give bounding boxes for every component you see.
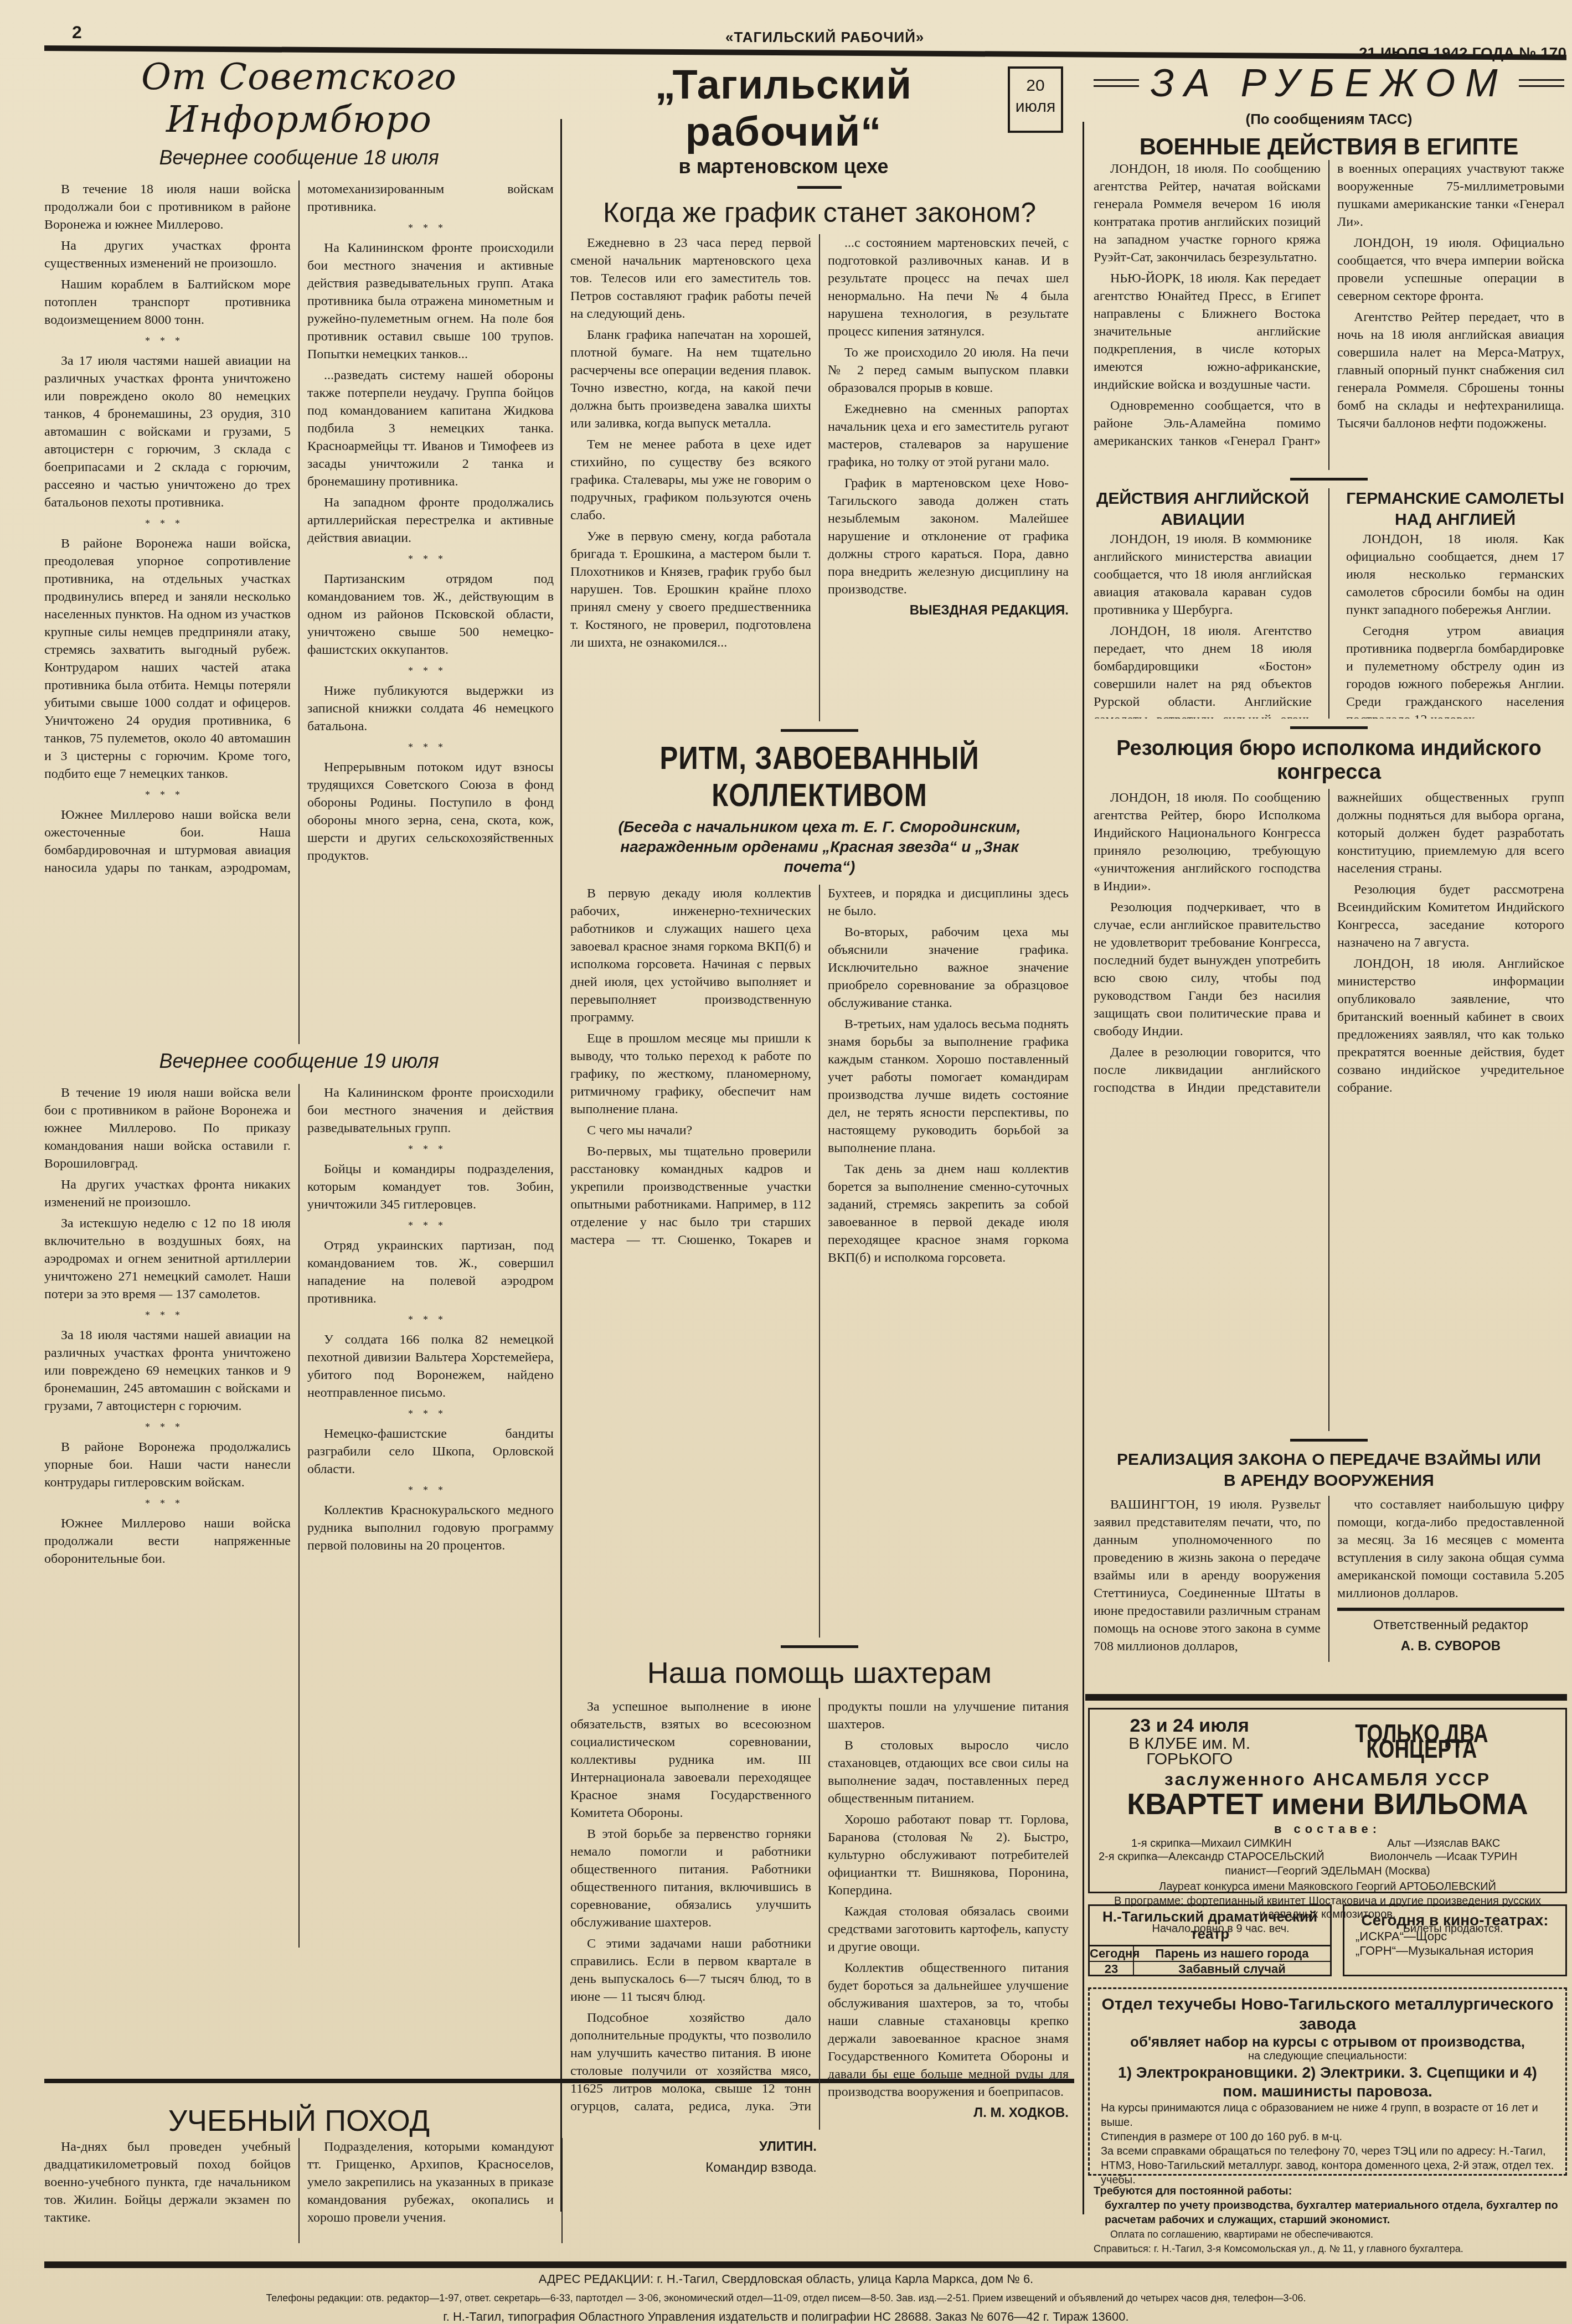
paragraph: Коллектив Краснокуральского медного рудн…	[307, 1501, 554, 1555]
paragraph: ЛОНДОН, 18 июля. По сообщению агентства …	[1094, 160, 1321, 266]
paragraph: Уже в первую смену, когда работала брига…	[570, 528, 811, 652]
theatre-ad: Н.-Тагильский драматический театр Сегодн…	[1088, 1904, 1332, 1976]
paragraph: Непрерывным потоком идут взносы трудящих…	[307, 758, 554, 865]
lineup-member: 2-я скрипка—Александр СТАРОСЕЛЬСКИЙ	[1095, 1850, 1328, 1863]
luftwaffe-article: ГЕРМАНСКИЕ САМОЛЕТЫ НАД АНГЛИЕЙ ЛОНДОН, …	[1346, 488, 1564, 719]
paragraph: На западном фронте продолжались артиллер…	[307, 494, 554, 547]
footer-print: г. Н.-Тагил, типография Областного Управ…	[0, 2307, 1572, 2324]
masthead: 2 «ТАГИЛЬСКИЙ РАБОЧИЙ» 21 ИЮЛЯ 1942 ГОДА…	[44, 11, 1566, 44]
paragraph: Ниже публикуются выдержки из записной кн…	[307, 682, 554, 735]
paragraph: Хорошо работают повар тт. Горлова, Баран…	[828, 1811, 1069, 1899]
separator-stars: ***	[307, 1140, 554, 1158]
paragraph: С чего мы начали?	[570, 1122, 811, 1139]
informburo-title: От Советского Информбюро	[44, 55, 554, 141]
editor-name: А. В. СУВОРОВ	[1337, 1638, 1564, 1655]
paragraph: То же происходило 20 июля. На печи № 2 п…	[828, 344, 1069, 397]
paragraph: ...с состоянием мартеновских печей, с по…	[828, 234, 1069, 340]
raid-title: „Тагильский рабочий“	[570, 61, 997, 155]
theatre-day: 23	[1090, 1962, 1134, 1976]
separator-stars: ***	[307, 1217, 554, 1235]
separator-stars: ***	[307, 738, 554, 756]
paragraph: В течение 19 июля наши войска вели бои с…	[44, 1084, 291, 1173]
dash-rule	[781, 1645, 858, 1648]
paragraph: ЛОНДОН, 18 июля. Как официально сообщает…	[1346, 530, 1564, 619]
date-box-month: июля	[1010, 96, 1061, 117]
separator-stars: ***	[44, 1495, 291, 1512]
march-signature: УЛИТИН.	[570, 2138, 817, 2156]
abroad-banner: ЗА РУБЕЖОМ	[1150, 61, 1507, 105]
separator-stars: ***	[307, 662, 554, 680]
separator-stars: ***	[44, 786, 291, 804]
paragraph: В районе Воронежа наши войска, преодолев…	[44, 535, 291, 783]
lineup-member: Альт —Изяслав ВАКС	[1328, 1837, 1560, 1850]
concert-dates: 23 и 24 июля	[1095, 1715, 1284, 1736]
dash-rule	[1290, 1439, 1368, 1442]
paragraph: На других участках фронта существенных и…	[44, 237, 291, 272]
egypt-body: ЛОНДОН, 18 июля. По сообщению агентства …	[1094, 160, 1564, 470]
paragraph: Резолюция подчеркивает, что в случае, ес…	[1094, 898, 1321, 1040]
separator-stars: ***	[44, 332, 291, 350]
concert-ensemble: заслуженного АНСАМБЛЯ УССР	[1095, 1772, 1560, 1787]
date-box-day: 20	[1010, 75, 1061, 96]
paragraph: Бланк графика напечатан на хорошей, плот…	[570, 326, 811, 432]
paragraph: В течение 18 июля наши войска продолжали…	[44, 180, 291, 234]
concert-name: КВАРТЕТ имени ВИЛЬОМА	[1095, 1787, 1560, 1821]
paragraph: НЬЮ-ЙОРК, 18 июля. Как передает агентств…	[1094, 270, 1321, 394]
paragraph: ЛОНДОН, 19 июля. Официально сообщается, …	[1337, 234, 1564, 305]
paragraph: За истекшую неделю с 12 по 18 июля включ…	[44, 1215, 291, 1303]
paragraph: ЛОНДОН, 19 июля. В коммюнике английского…	[1094, 530, 1312, 619]
paragraph: График в мартеновском цехе Ново-Тагильск…	[828, 474, 1069, 598]
concert-pianist: пианист—Георгий ЭДЕЛЬМАН (Москва)	[1095, 1863, 1560, 1879]
courses-stipend: Стипендия в размере от 100 до 160 руб. в…	[1101, 2130, 1554, 2144]
luftwaffe-title: ГЕРМАНСКИЕ САМОЛЕТЫ НАД АНГЛИЕЙ	[1346, 488, 1564, 530]
banner-rule	[1094, 79, 1139, 87]
evening-18-body: В течение 18 июля наши войска продолжали…	[44, 180, 554, 1044]
evening-19-body: В течение 19 июля наши войска вели бои с…	[44, 1084, 554, 1948]
paragraph: Сегодня утром авиация противника подверг…	[1346, 622, 1564, 719]
banner-rule	[1519, 79, 1564, 87]
theatre-play: Парень из нашего города	[1134, 1946, 1330, 1962]
separator-stars: ***	[307, 1311, 554, 1329]
paragraph: За 17 июля частями нашей авиации на разл…	[44, 352, 291, 512]
paragraph: Коллектив общественного питания будет бо…	[828, 1959, 1069, 2101]
paragraph: В-третьих, нам удалось весьма поднять зн…	[828, 1015, 1069, 1157]
miners-title: Наша помощь шахтерам	[570, 1656, 1069, 1690]
paragraph: На других участках фронта никаких измене…	[44, 1176, 291, 1211]
paragraph: Каждая столовая обязалась своими средств…	[828, 1903, 1069, 1956]
india-body: ЛОНДОН, 18 июля. По сообщению агентства …	[1094, 789, 1564, 1431]
separator-stars: ***	[307, 1481, 554, 1499]
courses-line2: об'являет набор на курсы с отрывом от пр…	[1101, 2034, 1554, 2049]
miners-body: За успешное выполнение в июне обязательс…	[570, 1698, 1069, 2130]
section-divider	[560, 119, 562, 2212]
courses-specialties: 1) Электрокрановщики. 2) Электрики. 3. С…	[1101, 2063, 1554, 2101]
evening-19-subtitle: Вечернее сообщение 19 июля	[44, 1050, 554, 1073]
raid-subtitle: в мартеновском цехе	[570, 155, 997, 178]
raf-article: ДЕЙСТВИЯ АНГЛИЙСКОЙ АВИАЦИИ ЛОНДОН, 19 и…	[1094, 488, 1312, 719]
raid-signature: ВЫЕЗДНАЯ РЕДАКЦИЯ.	[828, 602, 1069, 619]
abroad-section: ЗА РУБЕЖОМ (По сообщениям ТАСС) ВОЕННЫЕ …	[1094, 61, 1564, 1662]
schedule-article-title: Когда же график станет законом?	[570, 197, 1069, 229]
miners-signature: Л. М. ХОДКОВ.	[828, 2104, 1069, 2122]
lend-lease-title: РЕАЛИЗАЦИЯ ЗАКОНА О ПЕРЕДАЧЕ ВЗАЙМЫ ИЛИ …	[1116, 1449, 1542, 1491]
theatre-day: Сегодня	[1090, 1946, 1134, 1962]
column-divider	[1328, 488, 1329, 719]
paragraph: что составляет наибольшую цифру помощи, …	[1337, 1496, 1564, 1602]
rhythm-title: РИТМ, ЗАВОЕВАННЫЙ КОЛЛЕКТИВОМ	[608, 740, 1032, 814]
air-news-row: ДЕЙСТВИЯ АНГЛИЙСКОЙ АВИАЦИИ ЛОНДОН, 19 и…	[1094, 488, 1564, 719]
evening-18-subtitle: Вечернее сообщение 18 июля	[44, 146, 554, 169]
cinema-listing: „ИСКРА“—Щорс	[1355, 1929, 1554, 1944]
courses-contact: За всеми справками обращаться по телефон…	[1101, 2144, 1554, 2187]
paragraph: Ежедневно в 23 часа перед первой сменой …	[570, 234, 811, 323]
courses-ad: Отдел техучебы Ново-Тагильского металлур…	[1088, 1987, 1567, 2176]
paragraph: Партизанским отрядом под командованием т…	[307, 570, 554, 659]
march-signature-title: Командир взвода.	[570, 2159, 817, 2177]
paragraph: На-днях был проведен учебный двадцатикил…	[44, 2138, 291, 2227]
paragraph: Еще в прошлом месяце мы пришли к выводу,…	[570, 1030, 811, 1118]
ad-rule	[1085, 1694, 1567, 1701]
dash-rule	[781, 729, 858, 732]
jobs-title: Требуются для постоянной работы:	[1094, 2184, 1564, 2198]
march-article: УЧЕБНЫЙ ПОХОД На-днях был проведен учебн…	[44, 2104, 554, 2243]
jobs-ad: Требуются для постоянной работы: бухгалт…	[1094, 2184, 1564, 2256]
dash-rule	[797, 186, 842, 189]
concert-headline: ТОЛЬКО ДВА КОНЦЕРТА	[1311, 1726, 1532, 1757]
paragraph: ВАШИНГТОН, 19 июля. Рузвельт заявил пред…	[1094, 1496, 1321, 1655]
courses-line1: Отдел техучебы Ново-Тагильского металлур…	[1101, 1995, 1554, 2034]
raid-section: „Тагильский рабочий“ в мартеновском цехе…	[570, 61, 1069, 2130]
paragraph: В первую декаду июля коллектив рабочих, …	[570, 885, 811, 1026]
jobs-note: Оплата по соглашению, квартирами не обес…	[1094, 2227, 1564, 2242]
rhythm-body: В первую декаду июля коллектив рабочих, …	[570, 885, 1069, 1638]
paragraph: За 18 июля частями нашей авиации на разл…	[44, 1326, 291, 1415]
paragraph: На Калининском фронте происходили бои ме…	[307, 1084, 554, 1137]
separator-stars: ***	[307, 1405, 554, 1423]
paragraph: В этой борьбе за первенство горняки нема…	[570, 1825, 811, 1931]
tass-source: (По сообщениям ТАСС)	[1094, 111, 1564, 128]
lend-lease-body: ВАШИНГТОН, 19 июля. Рузвельт заявил пред…	[1094, 1496, 1564, 1662]
separator-stars: ***	[44, 515, 291, 533]
newspaper-page: 2 «ТАГИЛЬСКИЙ РАБОЧИЙ» 21 ИЮЛЯ 1942 ГОДА…	[0, 0, 1572, 2324]
theatre-title: Н.-Тагильский драматический театр	[1090, 1906, 1330, 1946]
paragraph: Нашим кораблем в Балтийском море потопле…	[44, 276, 291, 329]
paragraph: Агентство Рейтер передает, что в ночь на…	[1337, 308, 1564, 432]
dash-rule	[1290, 726, 1368, 729]
separator-stars: ***	[44, 1418, 291, 1436]
paragraph: Ежедневно на сменных рапортах начальник …	[828, 400, 1069, 471]
raf-title: ДЕЙСТВИЯ АНГЛИЙСКОЙ АВИАЦИИ	[1094, 488, 1312, 530]
paragraph: Южнее Миллерово наши войска продолжали в…	[44, 1515, 291, 1568]
separator-stars: ***	[44, 1306, 291, 1324]
footer-phones: Телефоны редакции: отв. редактор—1-97, о…	[0, 2289, 1572, 2307]
lineup-member: 1-я скрипка—Михаил СИМКИН	[1095, 1837, 1328, 1850]
separator-stars: ***	[307, 550, 554, 568]
courses-line3: на следующие специальности:	[1101, 2049, 1554, 2063]
bottom-rule	[44, 2261, 1566, 2268]
paragraph: ЛОНДОН, 18 июля. Агентство передает, что…	[1094, 622, 1312, 719]
paragraph: Отряд украинских партизан, под командова…	[307, 1237, 554, 1308]
theatre-play: Забавный случай	[1134, 1962, 1330, 1976]
paragraph: Так день за днем наш коллектив борется з…	[828, 1160, 1069, 1267]
schedule-article-body: Ежедневно в 23 часа перед первой сменой …	[570, 234, 1069, 721]
paragraph: Немецко-фашистские бандиты разграбили се…	[307, 1425, 554, 1478]
dash-rule	[1290, 478, 1368, 481]
egypt-title: ВОЕННЫЕ ДЕЙСТВИЯ В ЕГИПТЕ	[1094, 133, 1564, 160]
cinema-ad: Сегодня в кино-театрах: „ИСКРА“—Щорс „ГО…	[1343, 1904, 1567, 1976]
courses-requirements: На курсы принимаются лица с образованием…	[1101, 2101, 1554, 2130]
paragraph: За успешное выполнение в июне обязательс…	[570, 1698, 811, 1822]
concert-laureate: Лауреат конкурса имени Маяковского Георг…	[1095, 1879, 1560, 1894]
date-box: 20 июля	[1008, 66, 1063, 133]
paragraph: Резолюция будет рассмотрена Всеиндийским…	[1337, 881, 1564, 952]
concert-ad: 23 и 24 июля В КЛУБЕ им. М. ГОРЬКОГО ТОЛ…	[1088, 1708, 1567, 1893]
separator-stars: ***	[307, 219, 554, 237]
paragraph: С этими задачами наши работники справили…	[570, 1935, 811, 2006]
paragraph: Тем не менее работа в цехе идет стихийно…	[570, 436, 811, 524]
footer: АДРЕС РЕДАКЦИИ: г. Н.-Тагил, Свердловска…	[0, 2270, 1572, 2324]
newspaper-name: «ТАГИЛЬСКИЙ РАБОЧИЙ»	[725, 29, 924, 46]
lineup-member: Виолончель —Исаак ТУРИН	[1328, 1850, 1560, 1863]
paragraph: На Калининском фронте происходили бои ме…	[307, 239, 554, 363]
informburo-section: От Советского Информбюро Вечернее сообще…	[44, 55, 554, 1948]
paragraph: ЛОНДОН, 18 июля. Английское министерство…	[1337, 955, 1564, 1097]
concert-lineup-label: в составе:	[1095, 1821, 1560, 1837]
cinema-listing: „ГОРН“—Музыкальная история	[1355, 1944, 1554, 1958]
jobs-list: бухгалтер по учету производства, бухгалт…	[1094, 2198, 1564, 2227]
page-number: 2	[72, 22, 82, 43]
paragraph: В столовых выросло число стахановцев, от…	[828, 1737, 1069, 1807]
cinema-title: Сегодня в кино-театрах:	[1355, 1912, 1554, 1929]
march-title: УЧЕБНЫЙ ПОХОД	[44, 2104, 554, 2138]
concert-venue: В КЛУБЕ им. М. ГОРЬКОГО	[1095, 1736, 1284, 1767]
paragraph: Во-вторых, рабочим цеха мы объяснили зна…	[828, 923, 1069, 1012]
theatre-schedule: Сегодня Парень из нашего города 23 Забав…	[1090, 1946, 1330, 1976]
paragraph: Подразделения, которыми командуют тт. Гр…	[307, 2138, 554, 2227]
india-title: Резолюция бюро исполкома индийского конг…	[1094, 737, 1564, 784]
paragraph: У солдата 166 полка 82 немецкой пехотной…	[307, 1331, 554, 1402]
rhythm-subtitle: (Беседа с начальником цеха т. Е. Г. Смор…	[587, 817, 1052, 877]
footer-address: АДРЕС РЕДАКЦИИ: г. Н.-Тагил, Свердловска…	[0, 2270, 1572, 2289]
editor-label: Ответственный редактор	[1337, 1617, 1564, 1634]
paragraph: В районе Воронежа продолжались упорные б…	[44, 1438, 291, 1491]
paragraph: ЛОНДОН, 18 июля. По сообщению агентства …	[1094, 789, 1321, 895]
jobs-contact: Справиться: г. Н.-Тагил, 3-я Комсомольск…	[1094, 2242, 1564, 2256]
section-divider	[1083, 122, 1084, 2214]
paragraph: Бойцы и командиры подразделения, которым…	[307, 1160, 554, 1213]
paragraph: ...разведать систему нашей обороны также…	[307, 366, 554, 490]
march-body: На-днях был проведен учебный двадцатикил…	[44, 2138, 554, 2243]
